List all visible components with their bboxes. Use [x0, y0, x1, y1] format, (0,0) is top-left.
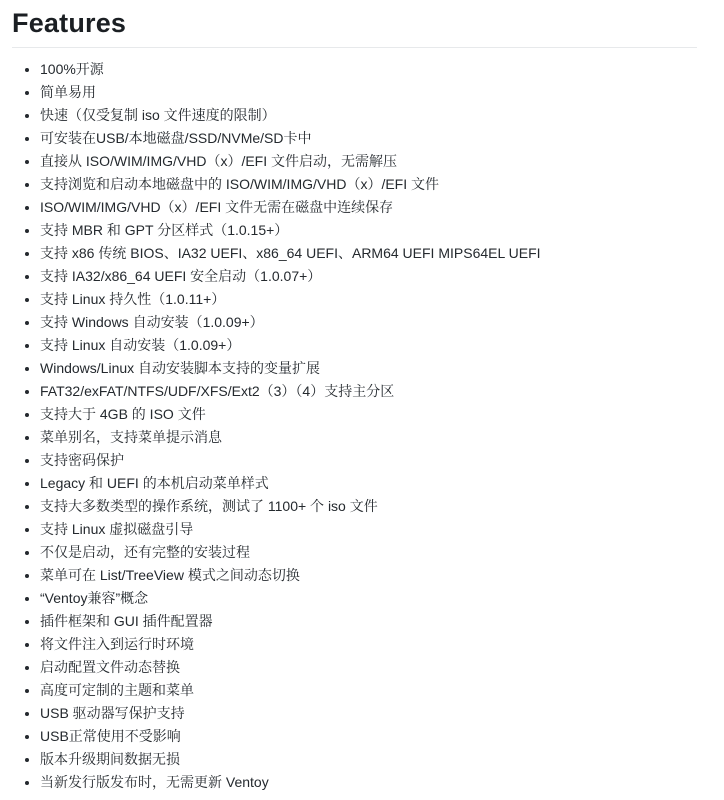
list-item: 版本升级期间数据无损 [40, 748, 697, 771]
list-item: 支持 MBR 和 GPT 分区样式（1.0.15+） [40, 219, 697, 242]
list-item: 支持大于 4GB 的 ISO 文件 [40, 403, 697, 426]
list-item: 支持大多数类型的操作系统，测试了 1100+ 个 iso 文件 [40, 495, 697, 518]
list-item: Legacy 和 UEFI 的本机启动菜单样式 [40, 472, 697, 495]
list-item: 插件框架和 GUI 插件配置器 [40, 610, 697, 633]
list-item: 支持 Windows 自动安装（1.0.09+） [40, 311, 697, 334]
list-item: 支持 Linux 自动安装（1.0.09+） [40, 334, 697, 357]
list-item: 启动配置文件动态替换 [40, 656, 697, 679]
list-item: USB正常使用不受影响 [40, 725, 697, 748]
list-item: 支持浏览和启动本地磁盘中的 ISO/WIM/IMG/VHD（x）/EFI 文件 [40, 173, 697, 196]
list-item: FAT32/exFAT/NTFS/UDF/XFS/Ext2（3）（4）支持主分区 [40, 380, 697, 403]
list-item: Windows/Linux 自动安装脚本支持的变量扩展 [40, 357, 697, 380]
list-item: 菜单可在 List/TreeView 模式之间动态切换 [40, 564, 697, 587]
features-list: 100%开源简单易用快速（仅受复制 iso 文件速度的限制）可安装在USB/本地… [12, 58, 697, 794]
features-page: Features 100%开源简单易用快速（仅受复制 iso 文件速度的限制）可… [0, 0, 724, 794]
list-item: 简单易用 [40, 81, 697, 104]
page-title: Features [12, 8, 697, 48]
list-item: 高度可定制的主题和菜单 [40, 679, 697, 702]
list-item: 快速（仅受复制 iso 文件速度的限制） [40, 104, 697, 127]
list-item: 将文件注入到运行时环境 [40, 633, 697, 656]
list-item: 支持 Linux 虚拟磁盘引导 [40, 518, 697, 541]
list-item: 当新发行版发布时，无需更新 Ventoy [40, 771, 697, 794]
list-item: USB 驱动器写保护支持 [40, 702, 697, 725]
list-item: 菜单别名，支持菜单提示消息 [40, 426, 697, 449]
list-item: ISO/WIM/IMG/VHD（x）/EFI 文件无需在磁盘中连续保存 [40, 196, 697, 219]
list-item: 支持 Linux 持久性（1.0.11+） [40, 288, 697, 311]
list-item: 支持 x86 传统 BIOS、IA32 UEFI、x86_64 UEFI、ARM… [40, 242, 697, 265]
list-item: 不仅是启动，还有完整的安装过程 [40, 541, 697, 564]
list-item: 支持密码保护 [40, 449, 697, 472]
list-item: 支持 IA32/x86_64 UEFI 安全启动（1.0.07+） [40, 265, 697, 288]
list-item: 直接从 ISO/WIM/IMG/VHD（x）/EFI 文件启动，无需解压 [40, 150, 697, 173]
list-item: 100%开源 [40, 58, 697, 81]
list-item: 可安装在USB/本地磁盘/SSD/NVMe/SD卡中 [40, 127, 697, 150]
list-item: “Ventoy兼容”概念 [40, 587, 697, 610]
